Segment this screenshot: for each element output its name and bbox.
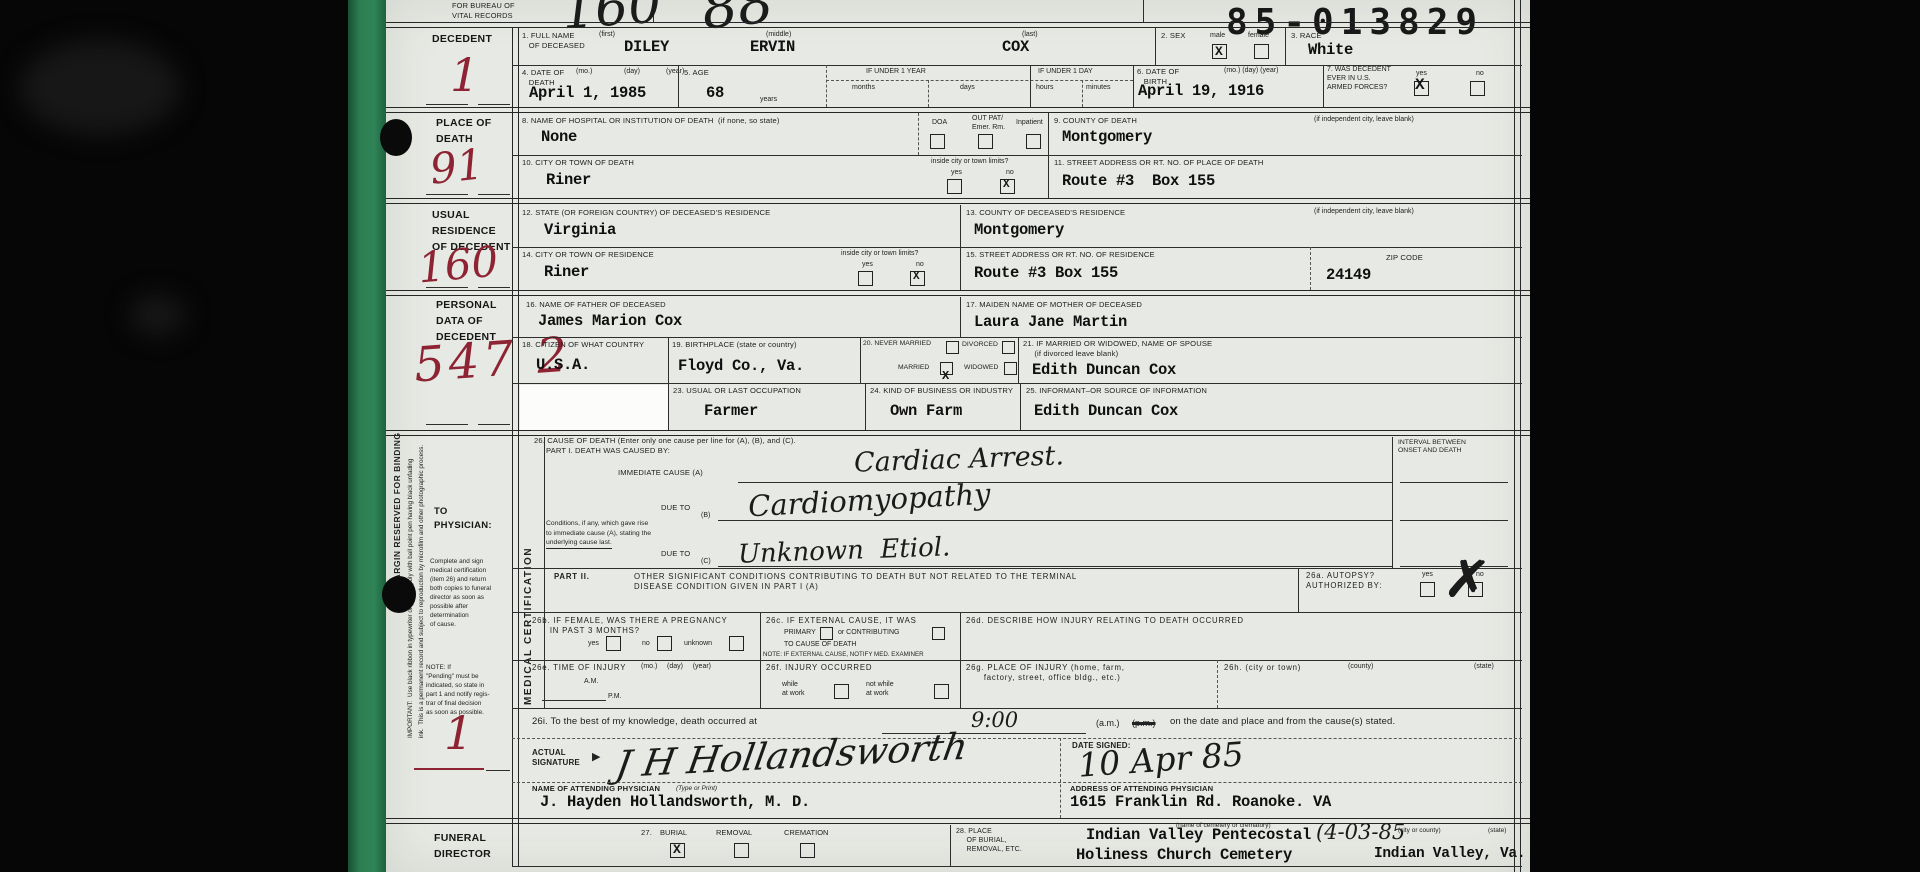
side-label-funeral-director: FUNERAL DIRECTOR (434, 831, 491, 863)
limits-yes-checkbox (947, 179, 962, 194)
grid-line (860, 337, 861, 383)
grid-line (512, 247, 1522, 248)
cause-b-line (718, 520, 1392, 521)
business-value: Own Farm (890, 402, 962, 420)
forces-yes-mark: X (1415, 76, 1425, 94)
autopsy-no-mark: ✗ (1441, 546, 1493, 613)
married-sublabel: MARRIED (898, 364, 929, 372)
date-of-birth-value: April 19, 1916 (1138, 82, 1264, 100)
type-or-print-sublabel: (Type or Print) (676, 785, 717, 793)
grid-line (960, 247, 961, 290)
label-column-border (512, 28, 519, 866)
physician-address-value: 1615 Franklin Rd. Roanoke. VA (1070, 793, 1331, 811)
occupation-label: 23. USUAL OR LAST OCCUPATION (673, 386, 801, 396)
outpatient-sublabel: OUT PAT/ Emer. Rm. (972, 115, 1005, 133)
birthplace-label: 19. BIRTHPLACE (state or country) (672, 340, 797, 350)
grid-line (512, 612, 1522, 613)
conditions-note: Conditions, if any, which gave rise to i… (546, 519, 651, 538)
zip-label: ZIP CODE (1386, 253, 1423, 263)
blank-line (478, 104, 510, 105)
section-divider (386, 22, 1530, 28)
grid-line (1310, 247, 1311, 290)
primary-checkbox (820, 627, 833, 640)
cemetery-value-line2: Holiness Church Cemetery (1076, 846, 1292, 864)
grid-line (760, 660, 761, 708)
doa-checkbox (930, 134, 945, 149)
age-value: 68 (706, 84, 724, 102)
pregnancy-unknown-checkbox (729, 636, 744, 651)
grid-line (918, 113, 919, 155)
immediate-cause-label: IMMEDIATE CAUSE (A) (618, 468, 703, 478)
grid-line (1082, 80, 1083, 107)
dashed-grid-line (1060, 738, 1061, 818)
forces-no-sublabel: no (1476, 70, 1484, 79)
business-label: 24. KIND OF BUSINESS OR INDUSTRY (870, 386, 1013, 396)
external-cause-note: NOTE: IF EXTERNAL CAUSE, NOTIFY MED. EXA… (763, 651, 924, 660)
grid-line (512, 337, 1522, 338)
limits-no-sublabel: no (1006, 169, 1014, 178)
grid-line (960, 660, 961, 708)
autopsy-label: 26a. AUTOPSY? AUTHORIZED BY: (1306, 571, 1382, 591)
contributing-checkbox (932, 627, 945, 640)
to-cause-sublabel: TO CAUSE OF DEATH (784, 641, 856, 650)
dob-mdy-sublabel: (mo.) (day) (year) (1224, 67, 1278, 76)
grid-line (1323, 65, 1324, 107)
grid-line (1018, 337, 1019, 383)
bureau-label: FOR BUREAU OF VITAL RECORDS (452, 1, 515, 20)
female-checkbox (1254, 44, 1269, 59)
father-label: 16. NAME OF FATHER OF DECEASED (526, 300, 666, 310)
race-label: 3. RACE (1291, 31, 1322, 41)
cause-of-death-label: 26. CAUSE OF DEATH (Enter only one cause… (534, 436, 796, 446)
citizen-value: U.S.A. (536, 356, 590, 374)
blank-line (478, 424, 510, 425)
field-1-label: 1. FULL NAME OF DECEASED (522, 31, 585, 51)
grid-line (1285, 28, 1286, 65)
due-to-c-label: DUE TO (661, 549, 690, 559)
external-cause-label: 26c. IF EXTERNAL CAUSE, IT WAS (766, 616, 917, 626)
injury-city-label: 26h. (city or town) (1224, 663, 1301, 673)
sex-label: 2. SEX (1161, 31, 1186, 41)
street-residence-label: 15. STREET ADDRESS OR RT. NO. OF RESIDEN… (966, 250, 1155, 260)
pregnancy-yes-sublabel: yes (588, 640, 599, 649)
mo-sublabel: (mo.) (576, 68, 592, 77)
grid-line (1133, 65, 1134, 107)
section-divider (386, 198, 1530, 204)
form-right-border (1514, 0, 1521, 872)
red-number-91: 91 (428, 139, 486, 193)
grid-line (1143, 0, 1144, 22)
injury-state-sublabel: (state) (1474, 663, 1494, 672)
county-residence-value: Montgomery (974, 221, 1064, 239)
primary-sublabel: PRIMARY (784, 629, 816, 638)
city-of-death-value: Riner (546, 171, 591, 189)
limits-no-mark: X (1003, 179, 1010, 191)
am-option: (a.m.) (1096, 718, 1120, 729)
year-sublabel: (year) (666, 68, 684, 77)
whited-out-field (520, 385, 668, 430)
county-of-death-label: 9. COUNTY OF DEATH (1054, 116, 1137, 126)
grid-line (960, 205, 961, 247)
scanned-death-certificate: MARGIN RESERVED FOR BINDING IMPORTANT: U… (0, 0, 1920, 872)
removal-sublabel: REMOVAL (716, 828, 752, 837)
first-name-value: DILEY (624, 38, 669, 56)
due-to-b-label: DUE TO (661, 503, 690, 513)
margin-binding-text: MARGIN RESERVED FOR BINDING (392, 318, 402, 588)
state-sublabel: (state) (1488, 827, 1506, 835)
part1-label: PART I. DEATH WAS CAUSED BY: (546, 446, 670, 456)
state-residence-value: Virginia (544, 221, 616, 239)
cremation-sublabel: CREMATION (784, 828, 828, 837)
hours-sublabel: hours (1036, 84, 1054, 93)
injury-mdy-sublabel: (mo.) (day) (year) (641, 663, 711, 672)
grid-line (826, 80, 1133, 81)
grid-line (512, 383, 1522, 384)
interval-line (1400, 482, 1508, 483)
injury-occurred-label: 26f. INJURY OCCURRED (766, 663, 872, 673)
conditions-note-underlined: underlying cause last. (546, 538, 612, 549)
grid-line (1155, 28, 1156, 65)
contributing-sublabel: or CONTRIBUTING (838, 629, 899, 638)
limits-yes-sublabel-2: yes (862, 261, 873, 270)
section-divider (386, 107, 1530, 113)
red-number-1: 1 (450, 48, 479, 102)
attestation-text-2: on the date and place and from the cause… (1170, 716, 1395, 728)
spouse-label: 21. IF MARRIED OR WIDOWED, NAME OF SPOUS… (1023, 339, 1212, 359)
limits-no-mark-2: X (913, 271, 920, 283)
part2-label: PART II. (554, 572, 590, 582)
independent-city-note: (if independent city, leave blank) (1314, 116, 1414, 125)
city-residence-value: Riner (544, 263, 589, 281)
part2-text: OTHER SIGNIFICANT CONDITIONS CONTRIBUTIN… (634, 572, 1077, 592)
side-label-decedent: DECEDENT (432, 32, 492, 48)
pregnancy-unknown-sublabel: unknown (684, 640, 712, 649)
city-of-death-label: 10. CITY OR TOWN OF DEATH (522, 158, 634, 168)
signature-arrow-icon: ▶ (592, 751, 600, 765)
grid-line (865, 383, 866, 430)
hospital-label: 8. NAME OF HOSPITAL OR INSTITUTION OF DE… (522, 116, 780, 126)
father-value: James Marion Cox (538, 312, 682, 330)
dashed-divider (512, 782, 1522, 783)
grid-line (512, 660, 1522, 661)
am-sublabel: A.M. (584, 678, 598, 687)
female-sublabel: female (1248, 32, 1269, 41)
years-sublabel: years (760, 96, 777, 105)
cause-a-line (738, 482, 1392, 483)
informant-value: Edith Duncan Cox (1034, 402, 1178, 420)
certificate-paper: MARGIN RESERVED FOR BINDING IMPORTANT: U… (386, 0, 1530, 872)
dashed-divider (512, 738, 1522, 739)
grid-line (512, 866, 1522, 867)
citizen-label: 18. CITIZEN OF WHAT COUNTRY (522, 340, 644, 350)
grid-line (1020, 383, 1021, 430)
pregnancy-no-checkbox (657, 636, 672, 651)
while-at-work-checkbox (834, 684, 849, 699)
limits-question-2: inside city or town limits? (841, 250, 918, 259)
place-of-injury-label: 26g. PLACE OF INJURY (home, farm, factor… (966, 663, 1125, 683)
armed-forces-label: 7. WAS DECEDENT EVER IN U.S. ARMED FORCE… (1327, 66, 1391, 92)
months-sublabel: months (852, 84, 875, 93)
burial-mark: X (673, 842, 681, 857)
never-married-label: 20. NEVER MARRIED (863, 340, 931, 348)
grid-line (1217, 660, 1218, 708)
grid-line (668, 383, 669, 430)
mother-value: Laura Jane Martin (974, 313, 1127, 331)
widowed-sublabel: WIDOWED (964, 364, 998, 372)
grid-line (1298, 568, 1299, 612)
blank-line (478, 287, 510, 288)
limits-yes-sublabel: yes (951, 169, 962, 178)
grid-line (1048, 113, 1049, 155)
scan-blotch (20, 40, 180, 135)
field-27-number: 27. (641, 828, 652, 838)
scan-blotch (130, 295, 185, 335)
punch-hole (380, 119, 412, 156)
grid-line (826, 65, 827, 107)
independent-city-note-2: (if independent city, leave blank) (1314, 208, 1414, 217)
autopsy-yes-checkbox (1420, 582, 1435, 597)
spouse-value: Edith Duncan Cox (1032, 361, 1176, 379)
while-at-work-sublabel: while at work (782, 681, 805, 699)
burial-city-value: Indian Valley, Va. (1374, 846, 1525, 862)
describe-injury-label: 26d. DESCRIBE HOW INJURY RELATING TO DEA… (966, 616, 1244, 626)
b-tag: (B) (701, 512, 710, 521)
state-residence-label: 12. STATE (OR FOREIGN COUNTRY) OF DECEAS… (522, 208, 770, 218)
county-residence-label: 13. COUNTY OF DECEASED'S RESIDENCE (966, 208, 1125, 218)
forces-no-checkbox (1470, 81, 1485, 96)
pm-option-struck: (p.m.) (1132, 718, 1156, 729)
burial-date-handwriting: (4-03-85 (1316, 820, 1405, 844)
divorced-sublabel: DIVORCED (962, 341, 998, 349)
grid-line (1048, 155, 1049, 198)
days-sublabel: days (960, 84, 975, 93)
red-number-160: 160 (416, 237, 500, 293)
c-tag: (C) (701, 558, 711, 567)
injury-county-sublabel: (county) (1348, 663, 1373, 672)
limits-question: inside city or town limits? (931, 158, 1008, 167)
red-underline (414, 768, 484, 770)
county-of-death-value: Montgomery (1062, 128, 1152, 146)
divorced-checkbox (1002, 341, 1015, 354)
city-or-county-sublabel: (city or county) (1398, 827, 1441, 835)
inpatient-sublabel: Inpatient (1016, 119, 1043, 128)
burial-sublabel: BURIAL (660, 828, 687, 837)
limits-no-sublabel-2: no (916, 261, 924, 270)
pregnancy-yes-checkbox (606, 636, 621, 651)
grid-line (950, 825, 951, 866)
grid-line (512, 568, 1522, 569)
autopsy-yes-sublabel: yes (1422, 571, 1433, 580)
cause-c-handwriting: Unknown Etiol. (738, 532, 951, 569)
first-sublabel: (first) (599, 31, 615, 40)
grid-line (1030, 65, 1031, 107)
doa-sublabel: DOA (932, 119, 947, 128)
middle-name-value: ERVIN (750, 38, 795, 56)
attending-physician-value: J. Hayden Hollandsworth, M. D. (540, 793, 810, 811)
widowed-checkbox (1004, 362, 1017, 375)
not-while-at-work-checkbox (934, 684, 949, 699)
blank-line (486, 770, 510, 771)
limits-yes-checkbox-2 (858, 271, 873, 286)
attestation-text: 26i. To the best of my knowledge, death … (532, 716, 757, 728)
never-married-checkbox (946, 341, 959, 354)
race-value: White (1308, 41, 1353, 59)
street-residence-value: Route #3 Box 155 (974, 264, 1118, 282)
male-sublabel: male (1210, 32, 1225, 41)
sex-male-mark: X (1215, 44, 1223, 59)
minutes-sublabel: minutes (1086, 84, 1111, 93)
date-of-death-value: April 1, 1985 (529, 84, 646, 102)
physician-signature: J H Hollandsworth (613, 725, 971, 786)
city-residence-label: 14. CITY OR TOWN OF RESIDENCE (522, 250, 654, 260)
day-sublabel: (day) (624, 68, 640, 77)
side-label-to-physician: TO PHYSICIAN: (434, 505, 492, 534)
interval-label: INTERVAL BETWEEN ONSET AND DEATH (1398, 439, 1466, 456)
outpatient-checkbox (978, 134, 993, 149)
blank-line (426, 287, 468, 288)
pregnancy-no-sublabel: no (642, 640, 650, 649)
blank-line (426, 104, 468, 105)
street-of-death-label: 11. STREET ADDRESS OR RT. NO. OF PLACE O… (1054, 158, 1263, 168)
birthplace-value: Floyd Co., Va. (678, 357, 804, 375)
removal-checkbox (734, 843, 749, 858)
age-label: 5. AGE (684, 68, 709, 78)
street-of-death-value: Route #3 Box 155 (1062, 172, 1215, 190)
cause-b-handwriting: Cardiomyopathy (747, 477, 991, 524)
blank-line (426, 194, 468, 195)
pm-sublabel: P.M. (608, 693, 622, 702)
cemetery-value-line1: Indian Valley Pentecostal (1086, 826, 1311, 844)
interval-line (1400, 520, 1508, 521)
grid-line (512, 155, 1522, 156)
time-handwriting: 9:00 (971, 708, 1018, 732)
last-name-value: COX (1002, 38, 1029, 56)
mother-label: 17. MAIDEN NAME OF MOTHER OF DECEASED (966, 300, 1142, 310)
physician-note: Complete and sign medical certification … (430, 558, 491, 630)
inpatient-checkbox (1026, 134, 1041, 149)
grid-line (1392, 437, 1393, 568)
blank-line (478, 194, 510, 195)
pregnancy-label: 26b. IF FEMALE, WAS THERE A PREGNANCY IN… (532, 616, 728, 636)
cremation-checkbox (800, 843, 815, 858)
grid-line (668, 337, 669, 383)
actual-signature-label: ACTUAL SIGNATURE (532, 748, 580, 769)
grid-line (960, 297, 961, 337)
if-under-1-day-label: IF UNDER 1 DAY (1038, 68, 1093, 77)
grid-line (960, 612, 961, 660)
time-of-injury-label: 26e. TIME OF INJURY (532, 663, 626, 673)
grid-line (760, 612, 761, 660)
punch-hole (382, 576, 416, 613)
section-divider (386, 290, 1530, 296)
blank-line (426, 424, 468, 425)
zip-value: 24149 (1326, 266, 1371, 284)
pm-blank-line (542, 700, 606, 701)
married-mark: X (942, 369, 949, 383)
not-while-at-work-sublabel: not while at work (866, 681, 894, 699)
if-under-1-year-label: IF UNDER 1 YEAR (866, 68, 926, 77)
red-number-1b: 1 (444, 706, 473, 760)
informant-label: 25. INFORMANT–OR SOURCE OF INFORMATION (1026, 386, 1207, 396)
occupation-value: Farmer (704, 402, 758, 420)
grid-line (678, 65, 679, 107)
grid-line (928, 80, 929, 107)
hospital-value: None (541, 128, 577, 146)
place-of-burial-label: 28. PLACE OF BURIAL, REMOVAL, ETC. (956, 827, 1022, 854)
cause-a-handwriting: Cardiac Arrest. (854, 440, 1065, 478)
